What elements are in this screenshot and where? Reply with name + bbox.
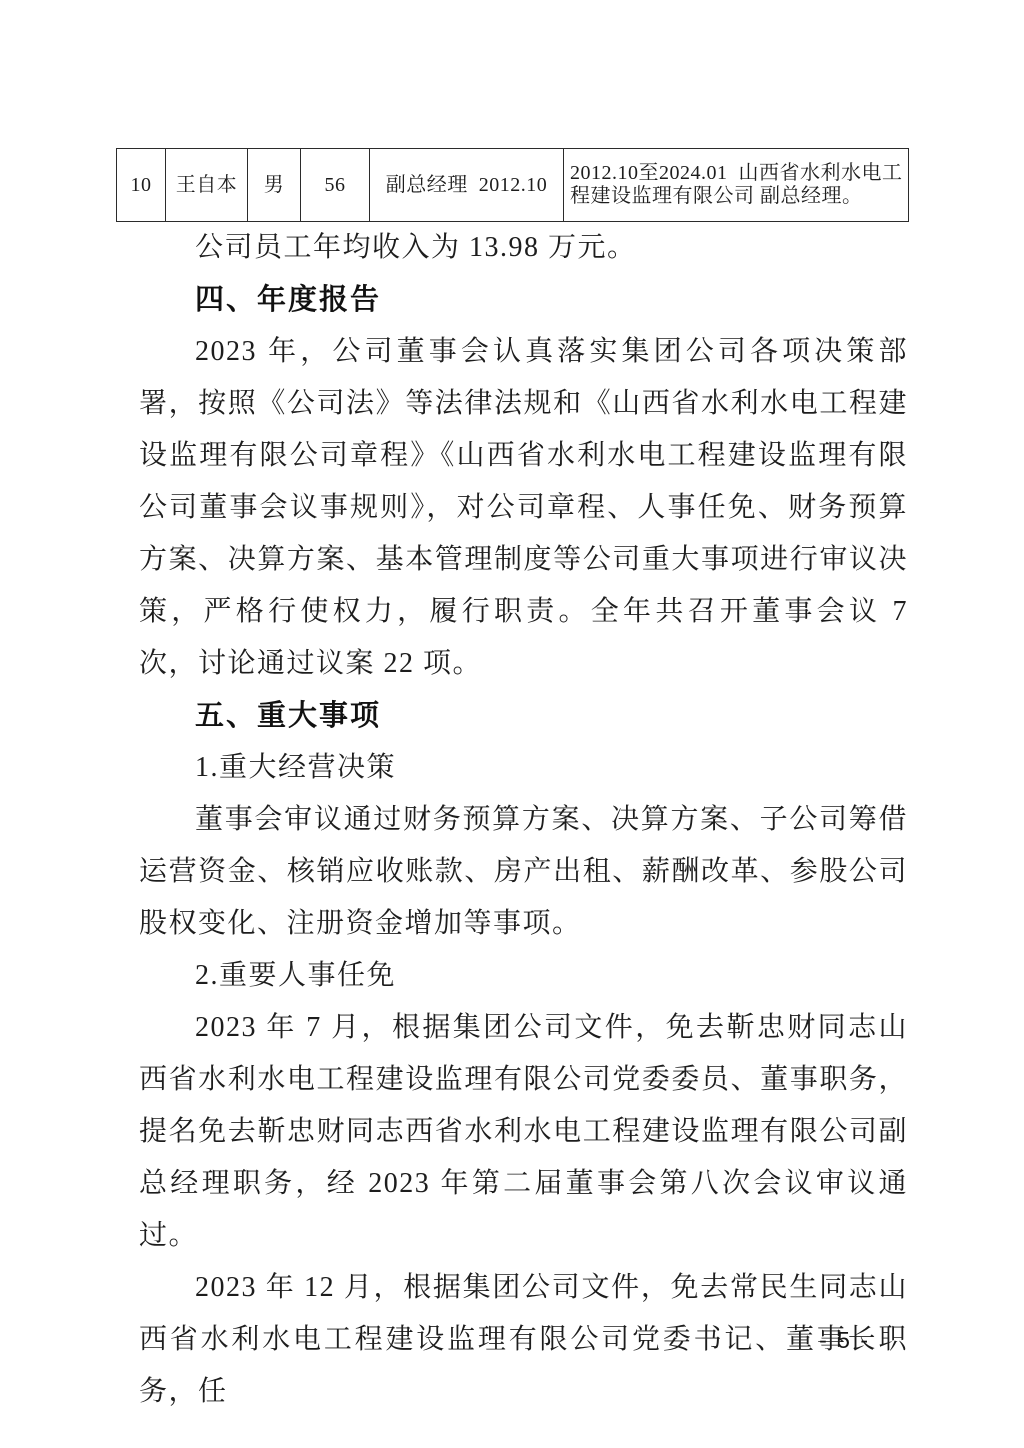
annual-report-paragraph: 2023 年，公司董事会认真落实集团公司各项决策部署，按照《公司法》等法律法规和… — [139, 326, 908, 690]
cell-seq: 10 — [117, 149, 166, 222]
cell-age: 56 — [301, 149, 370, 222]
business-decisions-paragraph: 董事会审议通过财务预算方案、决算方案、子公司筹借运营资金、核销应收账款、房产出租… — [139, 794, 908, 950]
avg-income-line: 公司员工年均收入为 13.98 万元。 — [139, 222, 908, 274]
document-body: 公司员工年均收入为 13.98 万元。 四、年度报告 2023 年，公司董事会认… — [139, 222, 908, 1418]
cell-name: 王自本 — [166, 149, 248, 222]
table-row: 10 王自本 男 56 副总经理 2012.10 2012.10至2024.01… — [117, 149, 909, 222]
page-number: - 5 - — [819, 1314, 870, 1366]
section-heading-major-matters: 五、重大事项 — [139, 690, 908, 742]
personnel-july-paragraph: 2023 年 7 月，根据集团公司文件，免去靳忠财同志山西省水利水电工程建设监理… — [139, 1002, 908, 1262]
cell-position: 副总经理 2012.10 — [370, 149, 564, 222]
cell-gender: 男 — [248, 149, 301, 222]
personnel-table: 10 王自本 男 56 副总经理 2012.10 2012.10至2024.01… — [116, 148, 909, 222]
section-heading-annual-report: 四、年度报告 — [139, 274, 908, 326]
personnel-december-paragraph: 2023 年 12 月，根据集团公司文件，免去常民生同志山西省水利水电工程建设监… — [139, 1262, 908, 1418]
subsection-2-title: 2.重要人事任免 — [139, 950, 908, 1002]
document-page: 10 王自本 男 56 副总经理 2012.10 2012.10至2024.01… — [0, 0, 1024, 1448]
subsection-1-title: 1.重大经营决策 — [139, 742, 908, 794]
cell-experience: 2012.10至2024.01 山西省水利水电工程建设监理有限公司 副总经理。 — [564, 149, 909, 222]
